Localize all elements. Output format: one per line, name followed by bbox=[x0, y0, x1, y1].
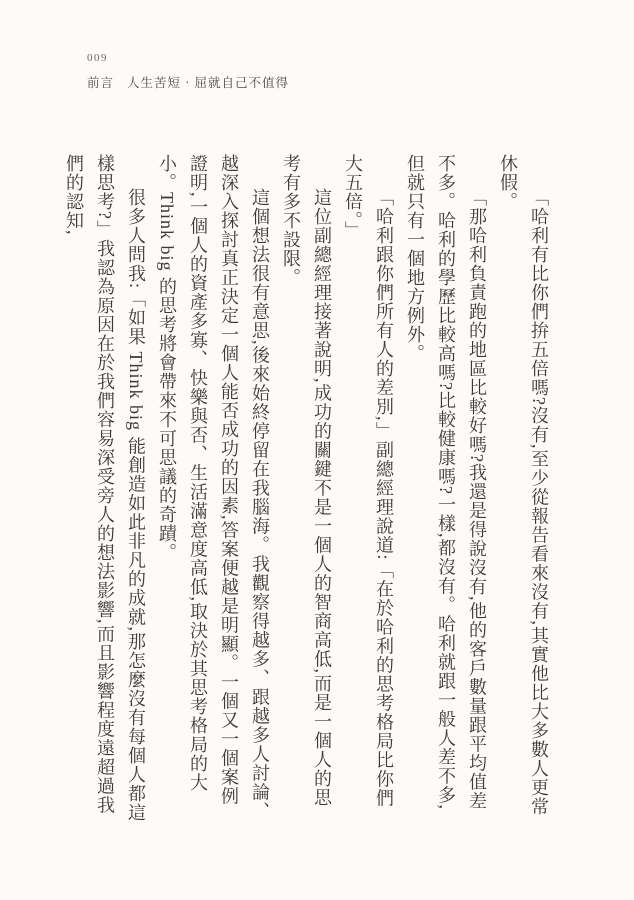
paragraph: 很多人問我:「如果 Think big 能創造如此非凡的成就,那怎麼沒有每個人都… bbox=[58, 154, 151, 822]
running-title: 前言人生苦短‧屈就自己不值得 bbox=[87, 73, 289, 91]
section-title: 人生苦短‧屈就自己不值得 bbox=[127, 76, 289, 90]
preface-body-text: 「哈利有比你們拚五倍嗎?沒有,至少從報告看來沒有,其實他比大多數人更常休假。 「… bbox=[54, 154, 554, 822]
page-number: 009 bbox=[87, 52, 289, 65]
paragraph: 這個想法很有意思,後來始終停留在我腦海。我觀察得越多、跟越多人討論、越深入探討真… bbox=[151, 154, 275, 822]
paragraph: 這位副總經理接著說明,成功的關鍵不是一個人的智商高低,而是一個人的思考有多不設限… bbox=[275, 154, 337, 822]
paragraph: 「那哈利負責跑的地區比較好嗎?我還是得說沒有,他的客戶數量跟平均值差不多。哈利的… bbox=[399, 154, 492, 822]
section-label: 前言 bbox=[87, 76, 114, 90]
page-header: 009 前言人生苦短‧屈就自己不值得 bbox=[87, 52, 289, 91]
paragraph: 「哈利有比你們拚五倍嗎?沒有,至少從報告看來沒有,其實他比大多數人更常休假。 bbox=[492, 154, 554, 822]
book-page: 009 前言人生苦短‧屈就自己不值得 「哈利有比你們拚五倍嗎?沒有,至少從報告看… bbox=[0, 0, 634, 900]
paragraph: 「哈利跟你們所有人的差別,」副總經理說道:「在於哈利的思考格局比你們大五倍。」 bbox=[337, 154, 399, 822]
